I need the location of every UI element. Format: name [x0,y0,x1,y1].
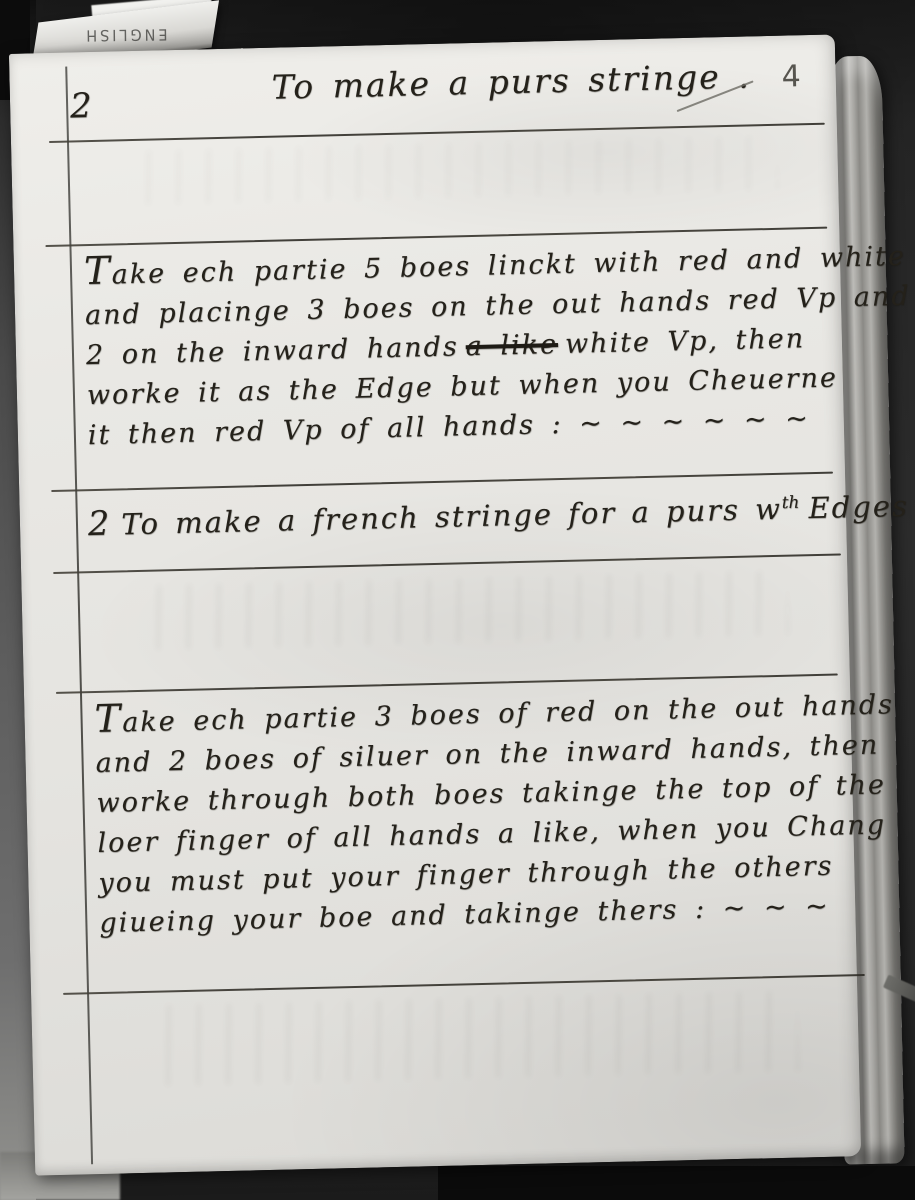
page-number-left: 2 [70,86,93,126]
struck-through-words: a like [465,329,558,362]
ruled-line [53,553,841,574]
recipe-2-heading-tail: Edges open [808,487,915,526]
page-number-right: 4 [781,59,801,94]
spine-tag-label: ENGLISH [83,25,168,45]
ink-bleed-through [131,136,778,205]
recipe-2-text: Take ech partie 3 boes of red on the out… [94,682,846,944]
recipe-2-heading: 2To make a french stringe for a purs wth… [88,483,915,544]
line-segment: white Vp, then [565,323,806,360]
line-segment: 2 on the inward hands [86,331,459,371]
background-shadow-bottom [438,1166,915,1200]
ruled-line [49,123,825,143]
manuscript-page: 2 To make a purs stringe . 4 Take ech pa… [9,34,861,1175]
ink-bleed-through [151,991,799,1086]
margin-rule-line [65,67,93,1165]
recipe-2-heading-superscript: th [782,492,800,512]
page-title: To make a purs stringe . [271,56,751,106]
ruled-line [63,974,865,995]
recipe-1-text: Take ech partie 5 boes linckt with red a… [84,235,835,457]
recipe-2-heading-text: To make a french stringe for a purs w [121,492,782,542]
recipe-2-number: 2 [88,504,112,544]
ink-bleed-through [141,571,788,650]
manuscript-photograph: ENGLISH 2 To make a purs stringe . 4 Tak… [0,0,915,1200]
